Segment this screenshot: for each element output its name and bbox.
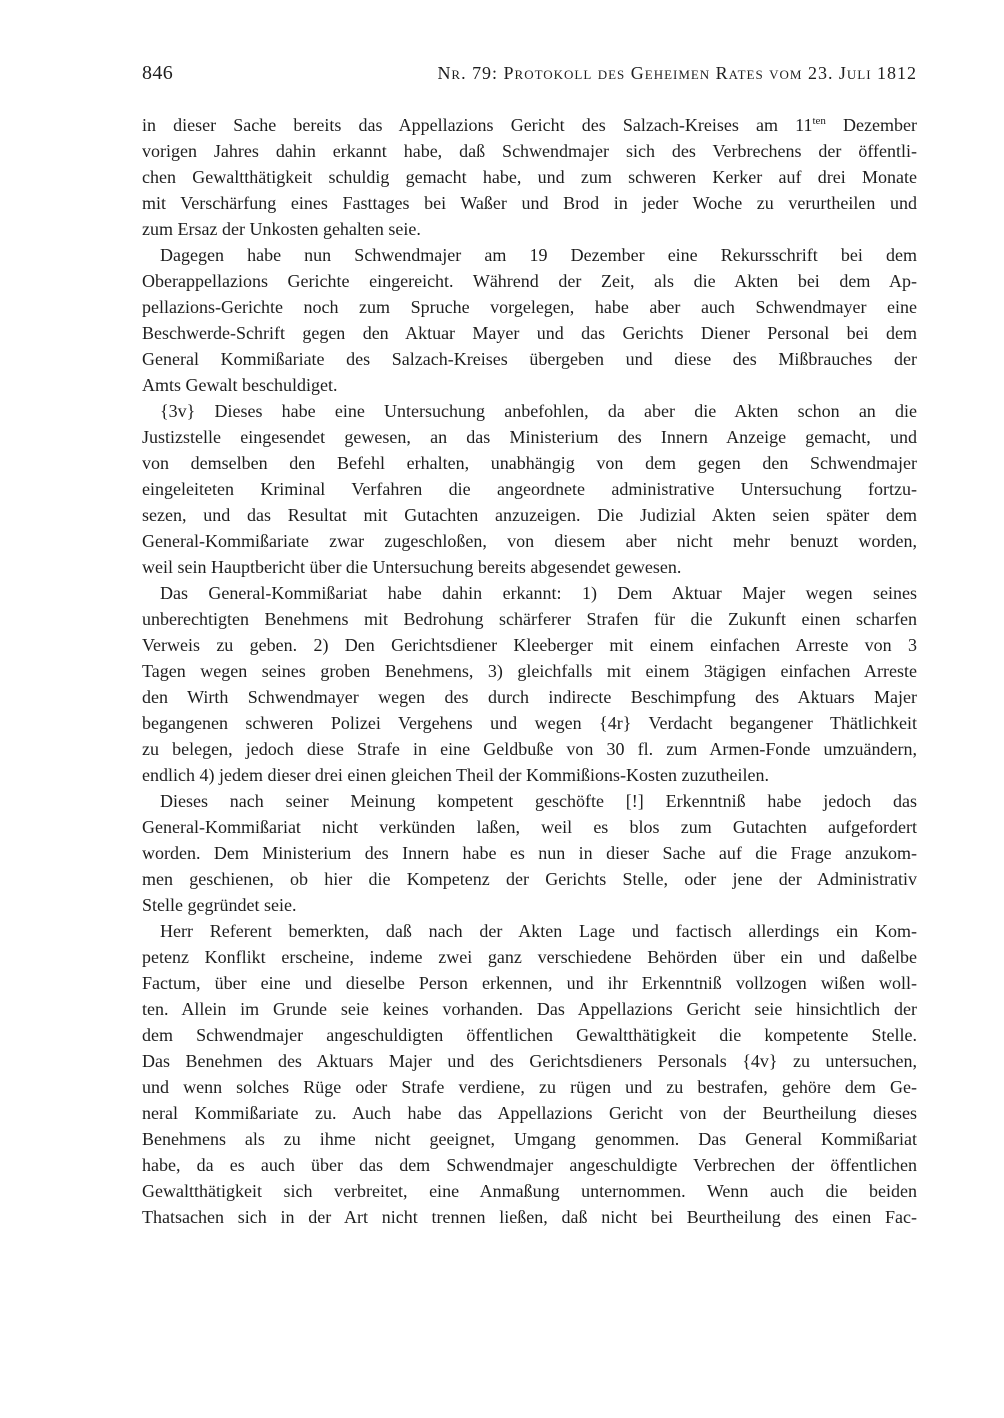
text-line: zu belegen, jedoch diese Strafe in eine … [142,736,917,762]
text-line: General Kommißariate des Salzach-Kreises… [142,346,917,372]
paragraph: Das General-Kommißariat habe dahin erkan… [142,580,917,788]
text-line: Tagen wegen seines groben Benehmens, 3) … [142,658,917,684]
text-line: Oberappellazions Gerichte eingereicht. W… [142,268,917,294]
text-line: vorigen Jahres dahin erkannt habe, daß S… [142,138,917,164]
text-line: Das General-Kommißariat habe dahin erkan… [142,580,917,606]
text-line: Dieses nach seiner Meinung kompetent ges… [142,788,917,814]
text-line: Justizstelle eingesendet gewesen, an das… [142,424,917,450]
text-line: sezen, und das Resultat mit Gutachten an… [142,502,917,528]
text-line: General-Kommißariat nicht verkünden laße… [142,814,917,840]
text-line: habe, da es auch über das dem Schwendmaj… [142,1152,917,1178]
text-line: neral Kommißariate zu. Auch habe das App… [142,1100,917,1126]
superscript-ordinal: ten [812,115,825,127]
page-header: 846 Nr. 79: Protokoll des Geheimen Rates… [142,62,917,85]
text-line: Thatsachen sich in der Art nicht trennen… [142,1204,917,1230]
text-line: Benehmens als zu ihme nicht geeignet, Um… [142,1126,917,1152]
text-line: Stelle gegründet seie. [142,892,917,918]
text-line: endlich 4) jedem dieser drei einen gleic… [142,762,917,788]
text-line: Verweis zu geben. 2) Den Gerichtsdiener … [142,632,917,658]
text-line: in dieser Sache bereits das Appellazions… [142,112,917,138]
text-line: Dagegen habe nun Schwendmajer am 19 Deze… [142,242,917,268]
text-line: zum Ersaz der Unkosten gehalten seie. [142,216,917,242]
page-body: in dieser Sache bereits das Appellazions… [142,112,917,1230]
text-line: begangenen schweren Polizei Vergehens un… [142,710,917,736]
running-title: Nr. 79: Protokoll des Geheimen Rates vom… [437,63,917,84]
paragraph: Herr Referent bemerkten, daß nach der Ak… [142,918,917,1230]
text-line: dem Schwendmajer angeschuldigten öffentl… [142,1022,917,1048]
page-number: 846 [142,62,173,85]
text-line: Herr Referent bemerkten, daß nach der Ak… [142,918,917,944]
text-line: Amts Gewalt beschuldiget. [142,372,917,398]
text-line: petenz Konflikt erscheine, indeme zwei g… [142,944,917,970]
paragraph: Dagegen habe nun Schwendmajer am 19 Deze… [142,242,917,398]
paragraph: {3v} Dieses habe eine Untersuchung anbef… [142,398,917,580]
text-line: Das Benehmen des Aktuars Majer und des G… [142,1048,917,1074]
text-line: Gewaltthätigkeit sich verbreitet, eine A… [142,1178,917,1204]
text-line: und wenn solches Rüge oder Strafe verdie… [142,1074,917,1100]
text-line: chen Gewaltthätigkeit schuldig gemacht h… [142,164,917,190]
text-line: General-Kommißariate zwar zugeschloßen, … [142,528,917,554]
text-line: eingeleiteten Kriminal Verfahren die ang… [142,476,917,502]
text-line: ten. Allein im Grunde seie keines vorhan… [142,996,917,1022]
text-line: mit Verschärfung eines Fasttages bei Waß… [142,190,917,216]
text-line: unberechtigten Benehmens mit Bedrohung s… [142,606,917,632]
text-line: den Wirth Schwendmayer wegen des durch i… [142,684,917,710]
book-page: 846 Nr. 79: Protokoll des Geheimen Rates… [0,0,1004,1418]
paragraph: Dieses nach seiner Meinung kompetent ges… [142,788,917,918]
text-line: Beschwerde-Schrift gegen den Aktuar Maye… [142,320,917,346]
text-line: von demselben den Befehl erhalten, unabh… [142,450,917,476]
text-line: men geschienen, ob hier die Kompetenz de… [142,866,917,892]
text-line: {3v} Dieses habe eine Untersuchung anbef… [142,398,917,424]
text-line: weil sein Hauptbericht über die Untersuc… [142,554,917,580]
paragraph: in dieser Sache bereits das Appellazions… [142,112,917,242]
text-line: worden. Dem Ministerium des Innern habe … [142,840,917,866]
text-line: Factum, über eine und dieselbe Person er… [142,970,917,996]
text-line: pellazions-Gerichte noch zum Spruche vor… [142,294,917,320]
